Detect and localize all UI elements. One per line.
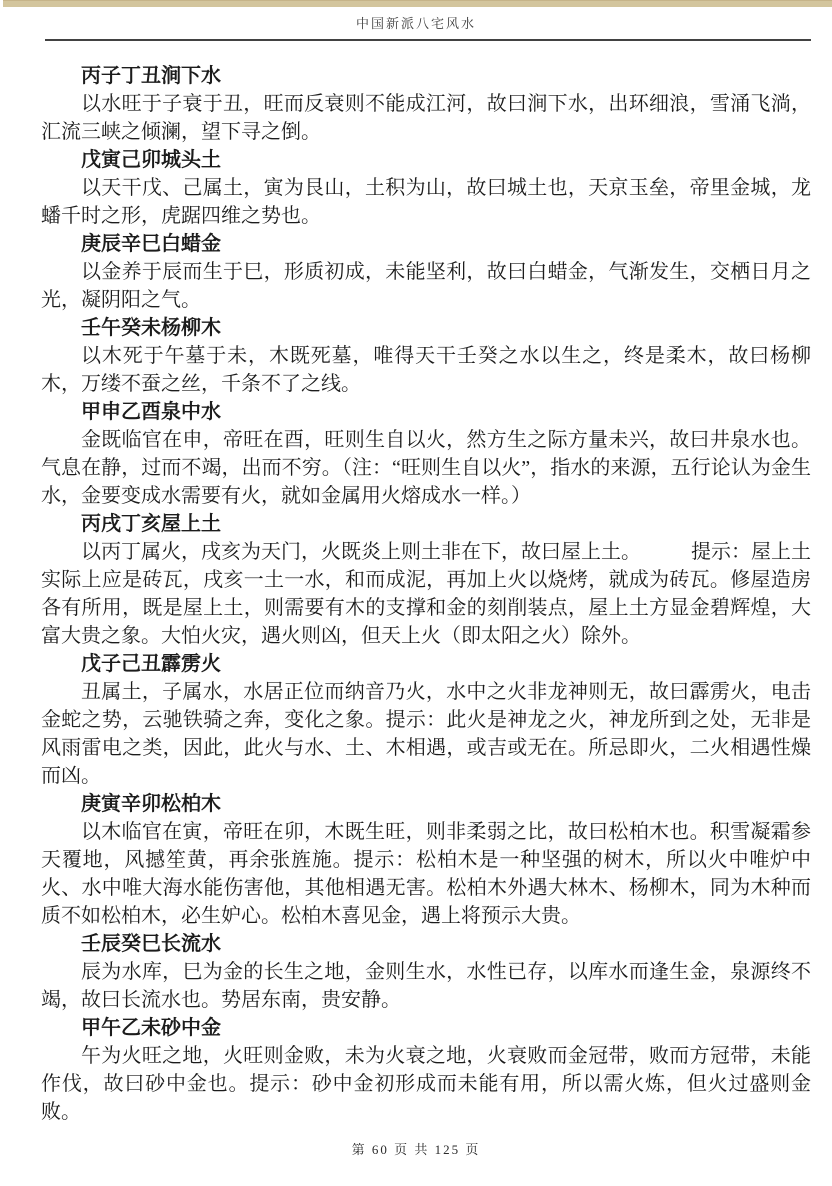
section: 戊子己丑霹雳火 丑属土，子属水，水居正位而纳音乃火，水中之火非龙神则无，故曰霹雳… bbox=[41, 650, 811, 790]
page-title: 中国新派八宅风水 bbox=[0, 13, 832, 32]
section-paragraph: 以丙丁属火，戌亥为天门，火既炎上则土非在下，故曰屋上土。 提示：屋上土实际上应是… bbox=[41, 538, 811, 650]
section-paragraph: 午为火旺之地，火旺则金败，未为火衰之地，火衰败而金冠带，败而方冠带，未能作伐，故… bbox=[41, 1042, 811, 1126]
section-heading: 甲午乙未砂中金 bbox=[41, 1014, 811, 1042]
page-top-border bbox=[3, 0, 832, 7]
section-heading: 壬辰癸巳长流水 bbox=[41, 930, 811, 958]
section-paragraph: 以水旺于子衰于丑，旺而反衰则不能成江河，故曰涧下水，出环细浪，雪涌飞淌，汇流三峡… bbox=[41, 90, 811, 146]
document-page: { "page": { "header_title": "中国新派八宅风水", … bbox=[0, 0, 832, 1186]
section: 庚辰辛巳白蜡金 以金养于辰而生于巳，形质初成，未能坚利，故曰白蜡金，气渐发生，交… bbox=[41, 230, 811, 314]
section: 甲午乙未砂中金 午为火旺之地，火旺则金败，未为火衰之地，火衰败而金冠带，败而方冠… bbox=[41, 1014, 811, 1126]
section: 壬午癸未杨柳木 以木死于午墓于未，木既死墓，唯得天干壬癸之水以生之，终是柔木，故… bbox=[41, 314, 811, 398]
section-heading: 庚寅辛卯松柏木 bbox=[41, 790, 811, 818]
section: 壬辰癸巳长流水 辰为水库，巳为金的长生之地，金则生水，水性已存，以库水而逢生金，… bbox=[41, 930, 811, 1014]
section-heading: 丙戌丁亥屋上土 bbox=[41, 510, 811, 538]
section-heading: 壬午癸未杨柳木 bbox=[41, 314, 811, 342]
section: 庚寅辛卯松柏木 以木临官在寅，帝旺在卯，木既生旺，则非柔弱之比，故曰松柏木也。积… bbox=[41, 790, 811, 930]
section-paragraph: 以天干戊、己属土，寅为艮山，土积为山，故曰城土也，天京玉垒，帝里金城，龙蟠千时之… bbox=[41, 174, 811, 230]
section-paragraph: 辰为水库，巳为金的长生之地，金则生水，水性已存，以库水而逢生金，泉源终不竭，故曰… bbox=[41, 958, 811, 1014]
section-heading: 甲申乙酉泉中水 bbox=[41, 398, 811, 426]
section-heading: 戊子己丑霹雳火 bbox=[41, 650, 811, 678]
section-heading: 戊寅己卯城头土 bbox=[41, 146, 811, 174]
section-paragraph: 以木临官在寅，帝旺在卯，木既生旺，则非柔弱之比，故曰松柏木也。积雪凝霜参天覆地，… bbox=[41, 818, 811, 930]
page-footer: 第 60 页 共 125 页 bbox=[0, 1139, 832, 1158]
section: 丙子丁丑涧下水 以水旺于子衰于丑，旺而反衰则不能成江河，故曰涧下水，出环细浪，雪… bbox=[41, 62, 811, 146]
section-paragraph: 丑属土，子属水，水居正位而纳音乃火，水中之火非龙神则无，故曰霹雳火，电击金蛇之势… bbox=[41, 678, 811, 790]
section-paragraph: 以木死于午墓于未，木既死墓，唯得天干壬癸之水以生之，终是柔木，故曰杨柳木，万缕不… bbox=[41, 342, 811, 398]
section-paragraph: 金既临官在申，帝旺在酉，旺则生自以火，然方生之际方量未兴，故曰井泉水也。气息在静… bbox=[41, 426, 811, 510]
section-heading: 庚辰辛巳白蜡金 bbox=[41, 230, 811, 258]
section-paragraph: 以金养于辰而生于巳，形质初成，未能坚利，故曰白蜡金，气渐发生，交栖日月之光，凝阴… bbox=[41, 258, 811, 314]
document-body: 丙子丁丑涧下水 以水旺于子衰于丑，旺而反衰则不能成江河，故曰涧下水，出环细浪，雪… bbox=[41, 41, 811, 1126]
section: 丙戌丁亥屋上土 以丙丁属火，戌亥为天门，火既炎上则土非在下，故曰屋上土。 提示：… bbox=[41, 510, 811, 650]
section: 甲申乙酉泉中水 金既临官在申，帝旺在酉，旺则生自以火，然方生之际方量未兴，故曰井… bbox=[41, 398, 811, 510]
section: 戊寅己卯城头土 以天干戊、己属土，寅为艮山，土积为山，故曰城土也，天京玉垒，帝里… bbox=[41, 146, 811, 230]
section-heading: 丙子丁丑涧下水 bbox=[41, 62, 811, 90]
